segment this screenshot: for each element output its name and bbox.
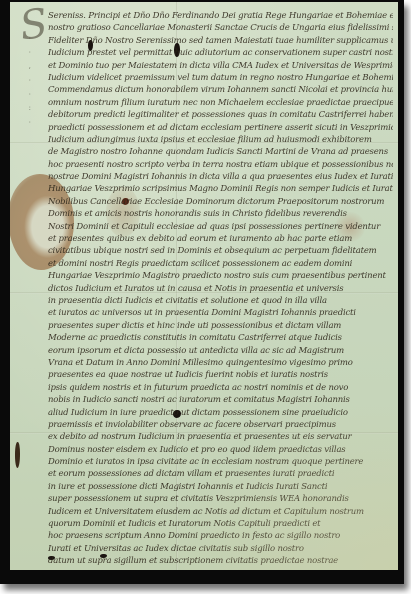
text-line: Iudicium prestet vel permittat huic adiu… <box>48 47 393 59</box>
text-line: dictos Iudicium et Iuratos ut in causa e… <box>48 283 393 295</box>
text-line: nostrae Domini Magistri Iohannis in dict… <box>48 171 393 183</box>
text-line: datum ut supra sigillum et subscriptione… <box>48 555 393 567</box>
text-line: Hungariae Veszprimio scripsimus Magno Do… <box>48 183 393 195</box>
text-line: et eorum possessiones ad dictam villam e… <box>48 468 393 480</box>
manuscript-text: Sereniss. Principi et Dño Dño Ferdinando… <box>48 10 393 568</box>
text-line: eorum ipsorum et dicta possessio ut ante… <box>48 345 393 357</box>
text-line: Dominis et amicis nostris honorandis sui… <box>48 208 393 220</box>
margin-marks: ··,··:· <box>28 32 34 130</box>
text-line: Nobilibus Cancellariae Ecclesiae Dominor… <box>48 196 393 208</box>
text-line: Iudicium adiungimus iuxta ipsius et eccl… <box>48 134 393 146</box>
text-line: praesentes ea quae nostrae ut Iudicis fu… <box>48 369 393 381</box>
text-line: praemissis et inviolabiliter observare a… <box>48 419 393 431</box>
text-line: Dominus noster eisdem ex Iudicio et pro … <box>48 444 393 456</box>
text-line: civitatibus ubique nostri sed in Dominis… <box>48 245 393 257</box>
ink-smear <box>15 442 20 468</box>
text-line: Iudicem et Universitatem eiusdem ac Noti… <box>48 506 393 518</box>
text-line: ex debito ad nostrum Iudicium in praesen… <box>48 431 393 443</box>
text-line: Fideliter Dño Nostro Serenissimo sed tam… <box>48 35 393 47</box>
text-line: Sereniss. Principi et Dño Dño Ferdinando… <box>48 10 393 22</box>
text-line: debitorum predicti legitimaliter et poss… <box>48 109 393 121</box>
text-line: Vrana et Datum in Anno Domini Millesimo … <box>48 357 393 369</box>
text-line: et domini nostri Regis praedictam scilic… <box>48 258 393 270</box>
text-line: Moderne ac praedictis constitutis in com… <box>48 332 393 344</box>
text-line: Hungariae Veszprimio Magistro praedicto … <box>48 270 393 282</box>
text-line: Iudicium videlicet praemissum vel tum da… <box>48 72 393 84</box>
text-line: nostro gratioso Cancellariae Monasterii … <box>48 22 393 34</box>
text-line: et iuratos ac universos ut in praesentia… <box>48 307 393 319</box>
text-line: et praesentes quibus ex debito ad eorum … <box>48 233 393 245</box>
text-line: omnium nostrum filium iuratum nec non Mi… <box>48 97 393 109</box>
text-line: super possessionem ut supra et civitatis… <box>48 493 393 505</box>
text-line: de Magistro nostro Iohanne quondam Iudic… <box>48 146 393 158</box>
text-line: aliud Iudicium in iure praedicto ut dict… <box>48 407 393 419</box>
text-line: in praesentia dicti Iudicis et civitatis… <box>48 295 393 307</box>
text-line: praesentes super dictis et hinc inde uti… <box>48 320 393 332</box>
text-line: et Dominio tuo per Maiestatem in dicta v… <box>48 60 393 72</box>
text-line: Nostri Dominii et Capituli ecclesiae ad … <box>48 221 393 233</box>
text-line: Commendamus dictum honorabilem virum Ioh… <box>48 84 393 96</box>
text-line: in iure et possessione dicti Magistri Io… <box>48 481 393 493</box>
text-line: hoc praesens scriptum Anno Domini praedi… <box>48 530 393 542</box>
manuscript-sheet: S ··,··:· Sereniss. Principi et Dño Dño … <box>10 2 398 570</box>
text-line: ipsis quidem nostris et in futurum praed… <box>48 382 393 394</box>
text-line: nobis in Iudicio sancti nostri ac iurato… <box>48 394 393 406</box>
text-line: praedicti possessionem et ad dictam eccl… <box>48 122 393 134</box>
text-line: Dominio et iuratos in ipsa civitate ac i… <box>48 456 393 468</box>
text-line: Iurati et Universitas ac Iudex dictae ci… <box>48 543 393 555</box>
scan-frame: S ··,··:· Sereniss. Principi et Dño Dño … <box>0 0 404 584</box>
text-line: quorum Dominii et Iudicis et Iuratorum N… <box>48 518 393 530</box>
text-line: hoc praesenti nostro scripto verba in te… <box>48 159 393 171</box>
